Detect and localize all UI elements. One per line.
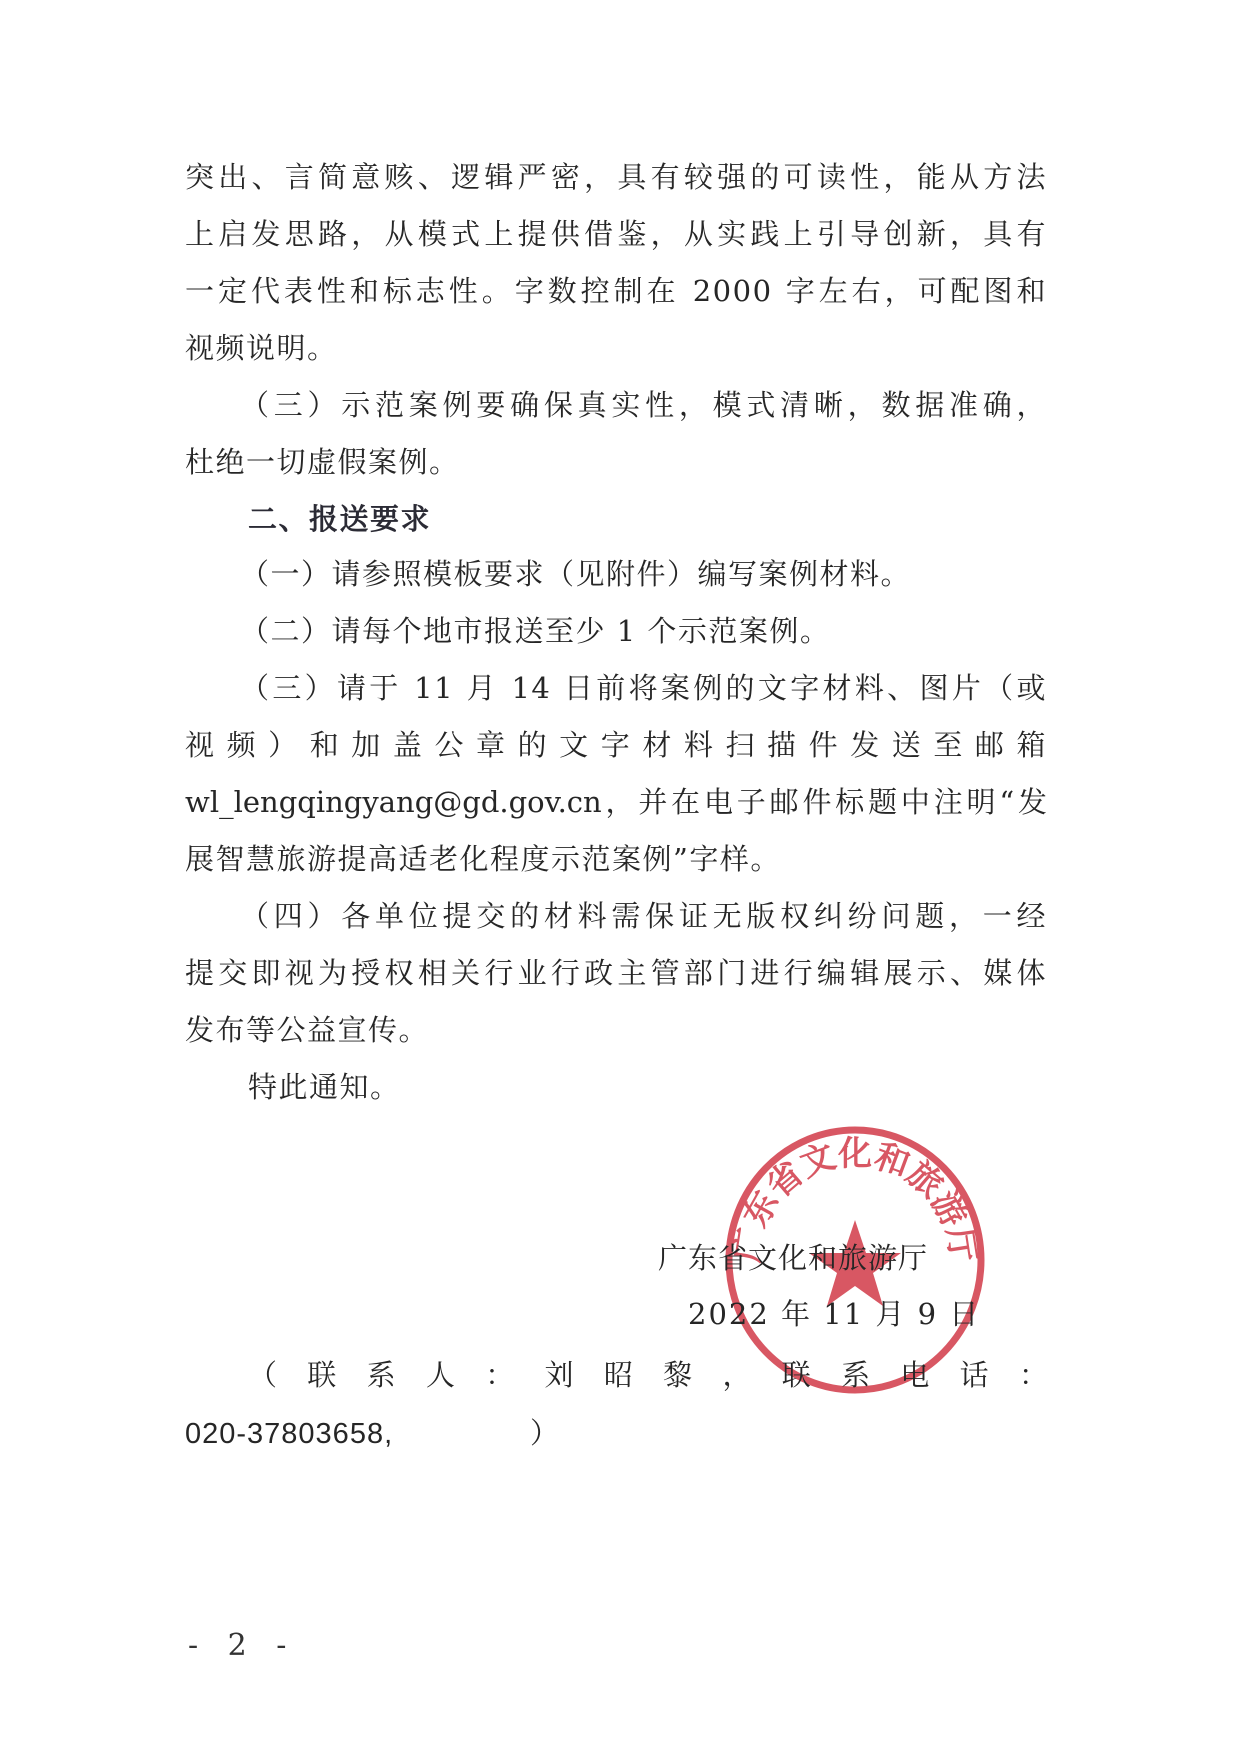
paragraph-line: 提交即视为授权相关行业行政主管部门进行编辑展示、媒体 (185, 956, 1047, 990)
paragraph-line: （一）请参照模板要求（见附件）编写案例材料。 (240, 557, 1039, 591)
contact-phone: 020-37803658, (185, 1418, 393, 1450)
contact-phone-line: 020-37803658, ） (185, 1416, 393, 1451)
paragraph-line: 发布等公益宣传。 (185, 1013, 1047, 1047)
contact-person-line: （联系人：刘昭黎，联系电话： (248, 1358, 1048, 1392)
paragraph-line: （三）示范案例要确保真实性，模式清晰，数据准确， (240, 388, 1047, 422)
closing-line: 特此通知。 (248, 1070, 1047, 1104)
paragraph-line: 杜绝一切虚假案例。 (185, 445, 1047, 479)
paragraph-line: 视频说明。 (185, 331, 1047, 365)
paragraph-line: 上启发思路，从模式上提供借鉴，从实践上引导创新，具有 (185, 217, 1047, 251)
paragraph-line: 一定代表性和标志性。字数控制在 2000 字左右，可配图和 (185, 274, 1047, 308)
page-number: - 2 - (188, 1628, 296, 1663)
paragraph-line: 展智慧旅游提高适老化程度示范案例”字样。 (185, 842, 1047, 876)
signature-date: 2022 年 11 月 9 日 (688, 1297, 980, 1331)
contact-close-paren: ） (530, 1416, 559, 1450)
paragraph-line: （四）各单位提交的材料需保证无版权纠纷问题，一经 (240, 899, 1047, 933)
paragraph-line: （三）请于 11 月 14 日前将案例的文字材料、图片（或 (240, 671, 1047, 705)
paragraph-line-with-email: wl_lengqingyang@gd.gov.cn，并在电子邮件标题中注明“发 (185, 785, 1047, 819)
document-page: 突出、言简意赅、逻辑严密，具有较强的可读性，能从方法 上启发思路，从模式上提供借… (0, 0, 1241, 1755)
paragraph-line: 视频）和加盖公章的文字材料扫描件发送至邮箱 (185, 728, 1047, 762)
paragraph-line: 突出、言简意赅、逻辑严密，具有较强的可读性，能从方法 (185, 160, 1047, 194)
signature-organization: 广东省文化和旅游厅 (658, 1241, 928, 1275)
paragraph-line: （二）请每个地市报送至少 1 个示范案例。 (240, 614, 1039, 648)
section-heading: 二、报送要求 (248, 502, 1047, 536)
